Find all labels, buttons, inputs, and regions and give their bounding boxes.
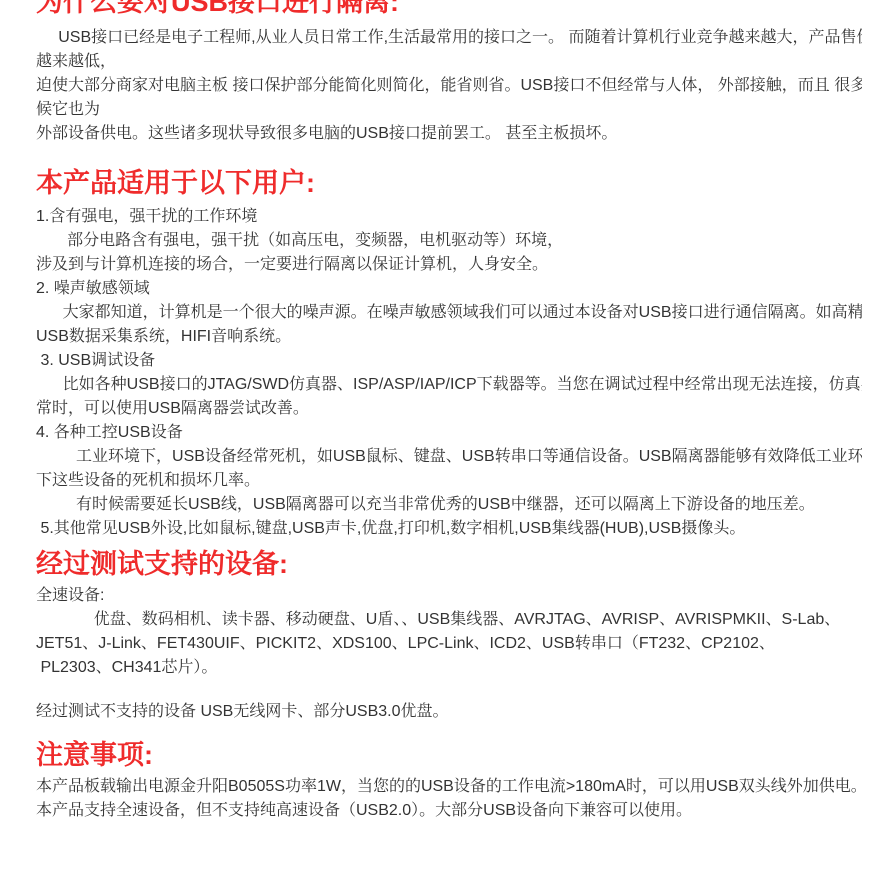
text-line: 比如各种USB接口的JTAG/SWD仿真器、ISP/ASP/IAP/ICP下载器… [36, 373, 862, 397]
text-line: 外部设备供电。这些诸多现状导致很多电脑的USB接口提前罢工。 甚至主板损坏。 [36, 122, 862, 146]
text-line: 常时，可以使用USB隔离器尝试改善。 [36, 397, 862, 421]
product-description-document: 为什么要对USB接口进行隔离: USB接口已经是电子工程师,从业人员日常工作,生… [0, 0, 886, 886]
section-heading-precautions: 注意事项: [36, 740, 862, 771]
text-line: PL2303、CH341芯片）。 [36, 656, 862, 680]
paragraph-why-isolate: USB接口已经是电子工程师,从业人员日常工作,生活最常用的接口之一。 而随着计算… [36, 26, 862, 146]
text-line: 下这些设备的死机和损坏几率。 [36, 469, 862, 493]
text-line: 4. 各种工控USB设备 [36, 421, 862, 445]
section-heading-target-users: 本产品适用于以下用户: [36, 168, 862, 199]
text-line: 有时候需要延长USB线，USB隔离器可以充当非常优秀的USB中继器，还可以隔离上… [36, 493, 862, 517]
text-line: 3. USB调试设备 [36, 349, 862, 373]
paragraph-target-users: 1.含有强电，强干扰的工作环境 部分电路含有强电，强干扰（如高压电，变频器，电机… [36, 205, 862, 541]
text-line: 涉及到与计算机连接的场合，一定要进行隔离以保证计算机，人身安全。 [36, 253, 862, 277]
text-line: 越来越低， [36, 50, 862, 74]
text-line: 迫使大部分商家对电脑主板 接口保护部分能简化则简化，能省则省。USB接口不但经常… [36, 74, 862, 98]
paragraph-precautions: 本产品板载输出电源金升阳B0505S功率1W，当您的的USB设备的工作电流>18… [36, 775, 862, 823]
paragraph-tested-devices: 全速设备: 优盘、数码相机、读卡器、移动硬盘、U盾、、USB集线器、AVRJTA… [36, 584, 862, 724]
text-line: 本产品板载输出电源金升阳B0505S功率1W，当您的的USB设备的工作电流>18… [36, 775, 862, 799]
text-line: 5.其他常见USB外设,比如鼠标,键盘,USB声卡,优盘,打印机,数字相机,US… [36, 517, 862, 541]
unsupported-devices-note: 经过测试不支持的设备 USB无线网卡、部分USB3.0优盘。 [36, 700, 862, 724]
section-heading-why-isolate: 为什么要对USB接口进行隔离: [36, 0, 862, 18]
text-line: 部分电路含有强电，强干扰（如高压电，变频器，电机驱动等）环境， [36, 229, 862, 253]
text-line: 全速设备: [36, 584, 862, 608]
text-line: 2. 噪声敏感领域 [36, 277, 862, 301]
text-line: 工业环境下，USB设备经常死机，如USB鼠标、键盘、USB转串口等通信设备。US… [36, 445, 862, 469]
text-line: 大家都知道，计算机是一个很大的噪声源。在噪声敏感领域我们可以通过本设备对USB接… [36, 301, 862, 325]
text-line: USB接口已经是电子工程师,从业人员日常工作,生活最常用的接口之一。 而随着计算… [36, 26, 862, 50]
text-line: 1.含有强电，强干扰的工作环境 [36, 205, 862, 229]
text-line: 候它也为 [36, 98, 862, 122]
text-line: JET51、J-Link、FET430UIF、PICKIT2、XDS100、LP… [36, 632, 862, 656]
section-heading-tested-devices: 经过测试支持的设备: [36, 549, 862, 580]
text-line: USB数据采集系统，HIFI音响系统。 [36, 325, 862, 349]
text-line: 本产品支持全速设备，但不支持纯高速设备（USB2.0）。大部分USB设备向下兼容… [36, 799, 862, 823]
text-line: 优盘、数码相机、读卡器、移动硬盘、U盾、、USB集线器、AVRJTAG、AVRI… [36, 608, 862, 632]
